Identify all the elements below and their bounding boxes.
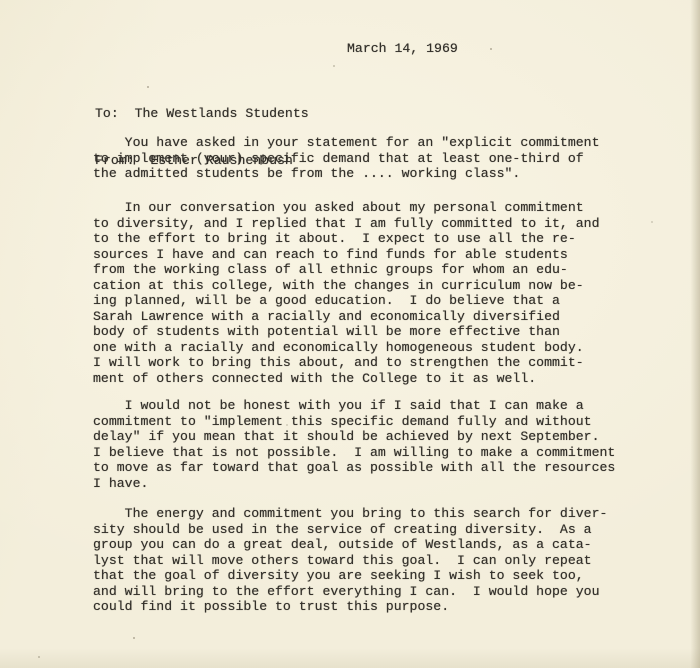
letter-page: March 14, 1969 To: The Westlands Student… <box>0 0 700 668</box>
letter-paragraph-4: The energy and commitment you bring to t… <box>93 506 607 615</box>
paper-speck <box>490 48 492 50</box>
paper-speck <box>286 424 288 426</box>
paper-speck <box>147 86 149 88</box>
letter-date: March 14, 1969 <box>347 41 458 57</box>
paper-speck <box>333 65 335 67</box>
letter-paragraph-3: I would not be honest with you if I said… <box>93 398 615 491</box>
paper-speck <box>651 221 653 223</box>
paper-speck <box>133 637 135 639</box>
letter-paragraph-2: In our conversation you asked about my p… <box>93 200 599 386</box>
recipient-line: To: The Westlands Students <box>95 106 309 122</box>
letter-paragraph-1: You have asked in your statement for an … <box>93 135 599 182</box>
paper-speck <box>38 656 40 658</box>
